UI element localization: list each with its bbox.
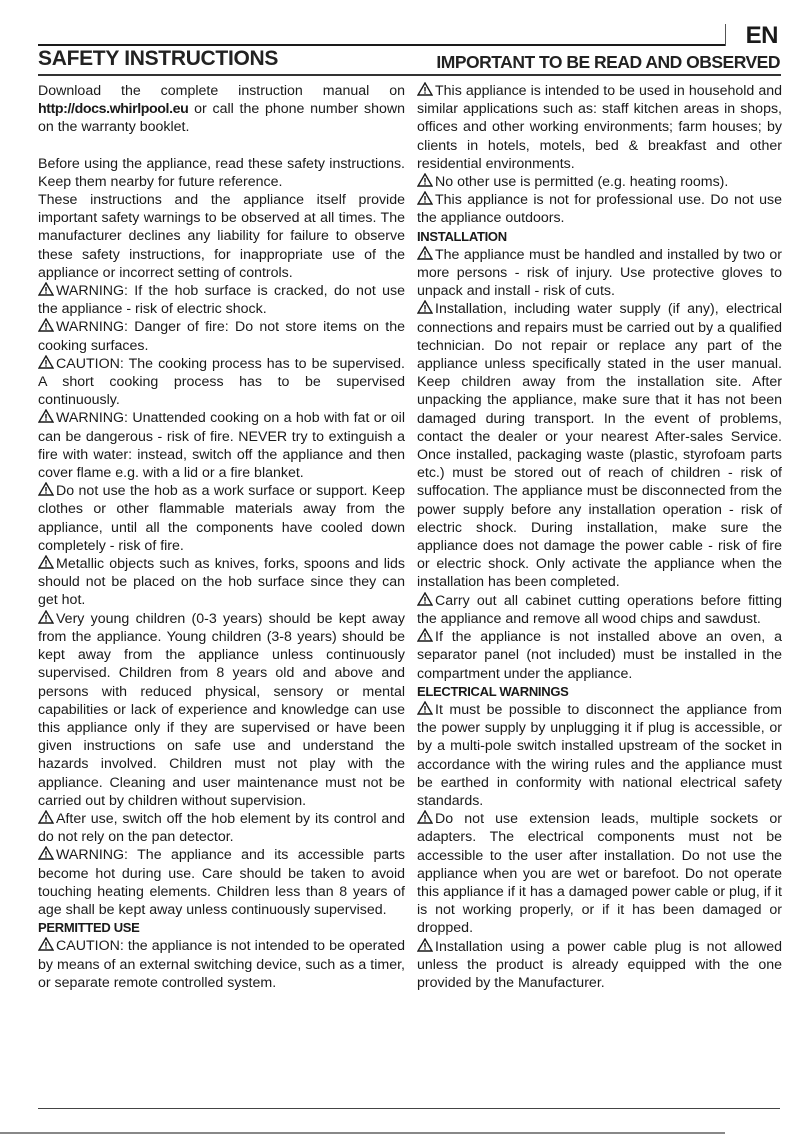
warning-item: After use, switch off the hob element by…	[38, 810, 405, 846]
disclaimer-paragraph: These instructions and the appliance its…	[38, 191, 405, 282]
page-subtitle: IMPORTANT TO BE READ AND OBSERVED	[436, 52, 780, 73]
warning-triangle-icon	[38, 610, 54, 624]
warning-triangle-icon	[38, 355, 54, 369]
warning-item: No other use is permitted (e.g. heating …	[417, 173, 782, 191]
title-underline	[38, 74, 781, 76]
language-divider	[725, 24, 726, 46]
warning-triangle-icon	[417, 173, 433, 187]
manual-link[interactable]: http://docs.whirlpool.eu	[38, 101, 188, 117]
warning-item: The appliance must be handled and instal…	[417, 246, 782, 301]
warning-item: This appliance is intended to be used in…	[417, 82, 782, 173]
warning-triangle-icon	[417, 810, 433, 824]
section-heading-electrical-warnings: ELECTRICAL WARNINGS	[417, 683, 782, 701]
section-heading-installation: INSTALLATION	[417, 228, 782, 246]
warning-triangle-icon	[38, 318, 54, 332]
warning-item: Installation, including water supply (if…	[417, 300, 782, 591]
warning-item: Carry out all cabinet cutting operations…	[417, 592, 782, 628]
warning-triangle-icon	[417, 82, 433, 96]
warning-triangle-icon	[417, 300, 433, 314]
header-top-rule	[38, 44, 725, 46]
language-code: EN	[746, 22, 778, 50]
warning-triangle-icon	[417, 701, 433, 715]
intro-paragraph: Download the complete instruction manual…	[38, 82, 405, 137]
warning-item: If the appliance is not installed above …	[417, 628, 782, 683]
warning-item: WARNING: If the hob surface is cracked, …	[38, 282, 405, 318]
section-heading-permitted-use: PERMITTED USE	[38, 919, 405, 937]
warning-triangle-icon	[38, 409, 54, 423]
warning-item: WARNING: Unattended cooking on a hob wit…	[38, 409, 405, 482]
left-column: Download the complete instruction manual…	[38, 82, 405, 992]
warning-triangle-icon	[417, 938, 433, 952]
footer-rule	[38, 1108, 780, 1109]
warning-item: Very young children (0-3 years) should b…	[38, 610, 405, 810]
warning-item: It must be possible to disconnect the ap…	[417, 701, 782, 810]
warning-triangle-icon	[38, 937, 54, 951]
warning-item: Metallic objects such as knives, forks, …	[38, 555, 405, 610]
right-column: This appliance is intended to be used in…	[417, 82, 782, 992]
warning-triangle-icon	[38, 846, 54, 860]
warning-item: Do not use the hob as a work surface or …	[38, 482, 405, 555]
page-title: SAFETY INSTRUCTIONS	[38, 47, 278, 71]
warning-item: WARNING: Danger of fire: Do not store it…	[38, 318, 405, 354]
warning-item: CAUTION: The cooking process has to be s…	[38, 355, 405, 410]
warning-triangle-icon	[38, 810, 54, 824]
warning-triangle-icon	[38, 555, 54, 569]
before-use-paragraph: Before using the appliance, read these s…	[38, 155, 405, 191]
warning-item: This appliance is not for professional u…	[417, 191, 782, 227]
warning-item: Installation using a power cable plug is…	[417, 938, 782, 993]
warning-triangle-icon	[417, 191, 433, 205]
warning-triangle-icon	[38, 482, 54, 496]
warning-triangle-icon	[417, 246, 433, 260]
warning-triangle-icon	[38, 282, 54, 296]
warning-item: WARNING: The appliance and its accessibl…	[38, 846, 405, 919]
warning-triangle-icon	[417, 592, 433, 606]
warning-item: Do not use extension leads, multiple soc…	[417, 810, 782, 937]
warning-triangle-icon	[417, 628, 433, 642]
intro-text: Download the complete instruction manual…	[38, 83, 405, 99]
warning-item: CAUTION: the appliance is not intended t…	[38, 937, 405, 992]
